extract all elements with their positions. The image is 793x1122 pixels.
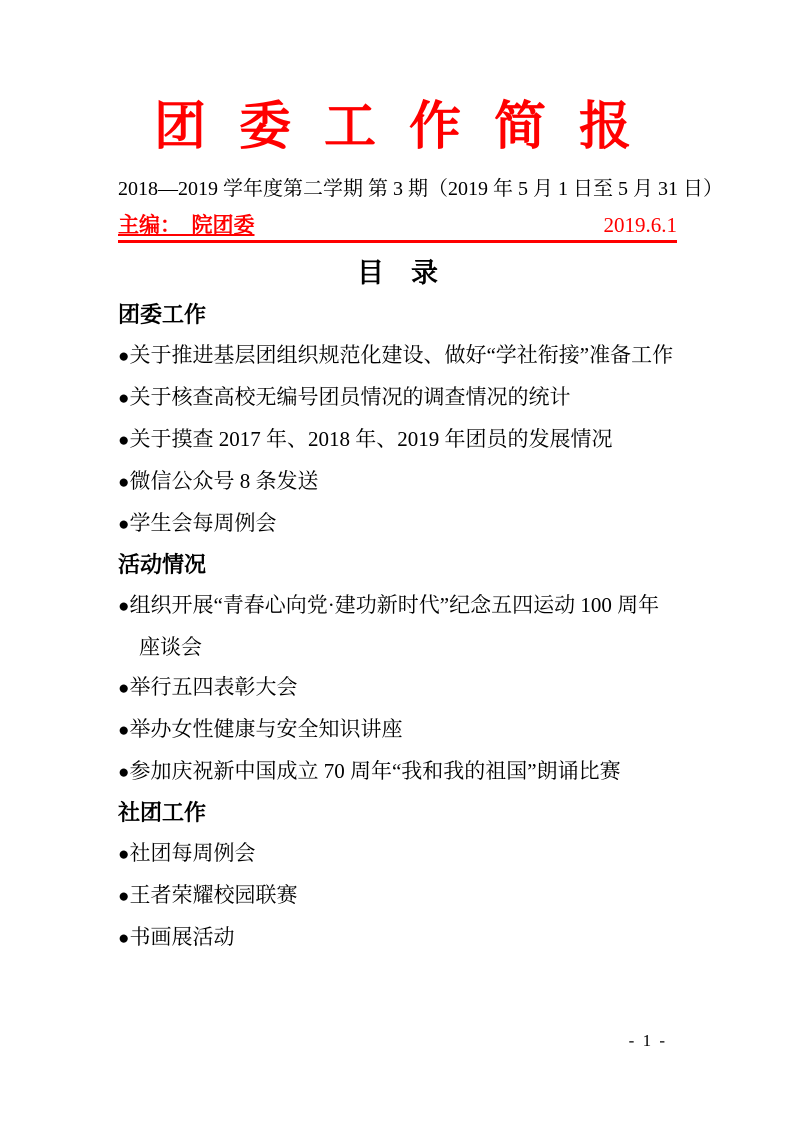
- section-heading: 社团工作: [118, 793, 677, 833]
- page-number: - 1 -: [629, 1030, 667, 1052]
- document-page: 团 委 工 作 简 报 2018—2019 学年度第二学期 第 3 期（2019…: [0, 0, 793, 1122]
- bullet-icon: ●: [118, 430, 129, 451]
- document-content: 团 委 工 作 简 报 2018—2019 学年度第二学期 第 3 期（2019…: [118, 94, 677, 959]
- bullet-icon: ●: [118, 844, 129, 865]
- toc-item: ●王者荣耀校园联赛: [118, 875, 677, 917]
- toc-item-text: 举办女性健康与安全知识讲座: [129, 717, 402, 741]
- bullet-icon: ●: [118, 678, 129, 699]
- toc-item-text: 组织开展“青春心向党·建功新时代”纪念五四运动 100 周年座谈会: [129, 593, 659, 659]
- issue-info: 2018—2019 学年度第二学期 第 3 期（2019 年 5 月 1 日至 …: [118, 176, 677, 202]
- toc-item: ●书画展活动: [118, 917, 677, 959]
- toc-item: ●举行五四表彰大会: [118, 667, 677, 709]
- bullet-icon: ●: [118, 928, 129, 949]
- toc-item: ●微信公众号 8 条发送: [118, 461, 677, 503]
- toc-item: ●关于推进基层团组织规范化建设、做好“学社衔接”准备工作: [118, 335, 677, 377]
- bullet-icon: ●: [118, 720, 129, 741]
- toc-item-text: 微信公众号 8 条发送: [129, 469, 318, 493]
- toc-item: ●组织开展“青春心向党·建功新时代”纪念五四运动 100 周年座谈会: [118, 585, 677, 667]
- toc-item-text: 学生会每周例会: [129, 511, 276, 535]
- toc-item-text: 关于核查高校无编号团员情况的调查情况的统计: [129, 385, 570, 409]
- toc-item: ●关于摸查 2017 年、2018 年、2019 年团员的发展情况: [118, 419, 677, 461]
- section-activities: 活动情况 ●组织开展“青春心向党·建功新时代”纪念五四运动 100 周年座谈会 …: [118, 545, 677, 793]
- toc-item-text: 王者荣耀校园联赛: [129, 883, 297, 907]
- toc-item-text: 参加庆祝新中国成立 70 周年“我和我的祖国”朗诵比赛: [129, 759, 620, 783]
- toc-item: ●社团每周例会: [118, 833, 677, 875]
- editor-line: 主编： 院团委 2019.6.1: [118, 212, 677, 243]
- section-heading: 团委工作: [118, 295, 677, 335]
- toc-item: ●举办女性健康与安全知识讲座: [118, 709, 677, 751]
- document-title: 团 委 工 作 简 报: [118, 94, 677, 162]
- bullet-icon: ●: [118, 514, 129, 535]
- toc-item-text: 举行五四表彰大会: [129, 675, 297, 699]
- bullet-icon: ●: [118, 886, 129, 907]
- section-heading: 活动情况: [118, 545, 677, 585]
- bullet-icon: ●: [118, 596, 129, 617]
- toc-item: ●参加庆祝新中国成立 70 周年“我和我的祖国”朗诵比赛: [118, 751, 677, 793]
- bullet-icon: ●: [118, 346, 129, 367]
- bullet-icon: ●: [118, 388, 129, 409]
- toc-item-text: 关于摸查 2017 年、2018 年、2019 年团员的发展情况: [129, 427, 612, 451]
- toc-item: ●学生会每周例会: [118, 503, 677, 545]
- toc-title: 目 录: [118, 251, 677, 295]
- section-clubs-work: 社团工作 ●社团每周例会 ●王者荣耀校园联赛 ●书画展活动: [118, 793, 677, 959]
- toc-item: ●关于核查高校无编号团员情况的调查情况的统计: [118, 377, 677, 419]
- bullet-icon: ●: [118, 472, 129, 493]
- toc-item-text: 关于推进基层团组织规范化建设、做好“学社衔接”准备工作: [129, 343, 673, 367]
- editor-date: 2019.6.1: [604, 212, 678, 238]
- toc-item-text: 社团每周例会: [129, 841, 255, 865]
- section-committee-work: 团委工作 ●关于推进基层团组织规范化建设、做好“学社衔接”准备工作 ●关于核查高…: [118, 295, 677, 545]
- toc-item-text: 书画展活动: [129, 925, 234, 949]
- editor-label: 主编： 院团委: [118, 212, 255, 238]
- bullet-icon: ●: [118, 762, 129, 783]
